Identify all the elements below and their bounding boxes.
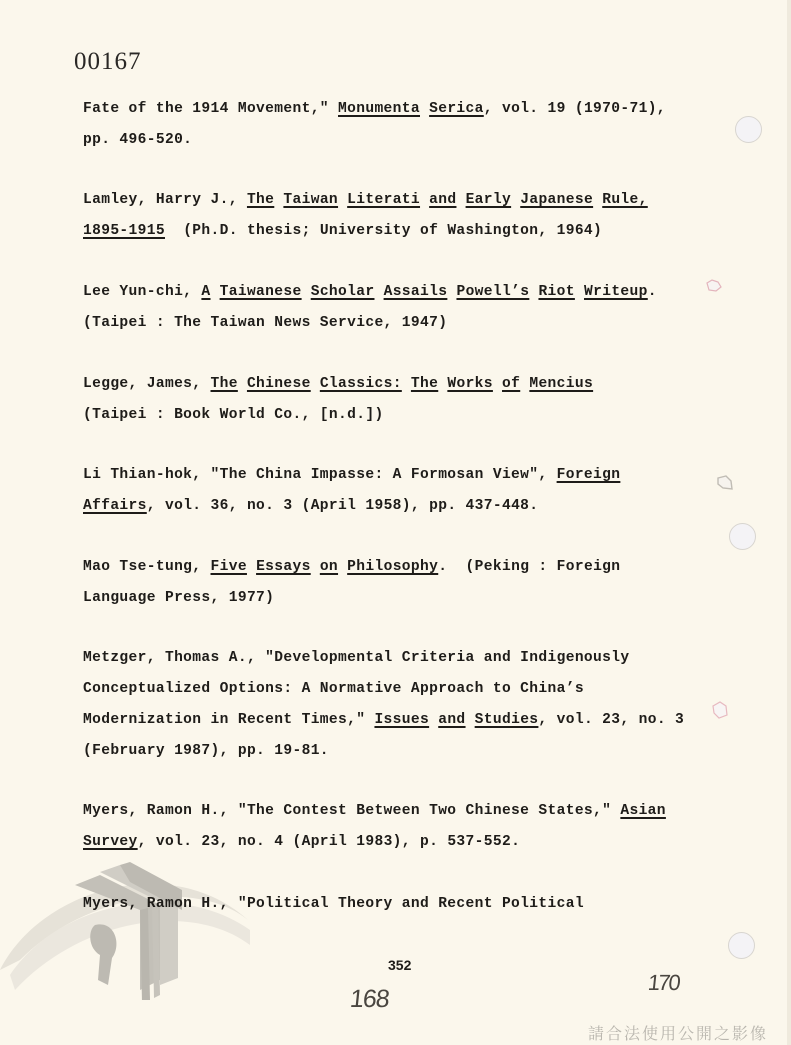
citation-text [420, 192, 429, 208]
citation-text: (Ph.D. thesis; University of Washington,… [165, 223, 602, 239]
underlined-title-word: Studies [475, 712, 539, 728]
punch-hole [728, 932, 755, 959]
citation-text [211, 284, 220, 300]
underlined-title-word: Writeup [584, 284, 648, 300]
citation-text: Conceptualized Options: A Normative Appr… [83, 681, 584, 697]
bibliography-line: Legge, James, The Chinese Classics: The … [83, 376, 593, 392]
watermark-text: 請合法使用公開之影像 [588, 1021, 768, 1044]
citation-text [466, 712, 475, 728]
handwritten-page-number-right: 170 [647, 970, 680, 996]
bibliography-line: (Taipei : Book World Co., [n.d.]) [83, 407, 384, 423]
bibliography-line: Affairs, vol. 36, no. 3 (April 1958), pp… [83, 498, 538, 514]
bibliography-line: Myers, Ramon H., "Political Theory and R… [83, 896, 584, 912]
underlined-title-word: and [438, 712, 465, 728]
underlined-title-word: Scholar [311, 284, 375, 300]
citation-text [374, 284, 383, 300]
page-number: 352 [388, 957, 411, 973]
citation-text: Mao Tse-tung, [83, 559, 211, 575]
document-id: 00167 [74, 48, 142, 76]
underlined-title-word: Riot [538, 284, 574, 300]
library-logo-icon [0, 850, 260, 1000]
citation-text: Myers, Ramon H., "The Contest Between Tw… [83, 803, 620, 819]
citation-text [311, 559, 320, 575]
citation-text: (Taipei : The Taiwan News Service, 1947) [83, 315, 447, 331]
underlined-title-word: Affairs [83, 498, 147, 514]
underlined-title-word: Literati [347, 192, 420, 208]
underlined-title-word: Monumenta [338, 101, 420, 117]
bibliography-line: pp. 496-520. [83, 132, 192, 148]
paper-tear-icon [714, 474, 736, 494]
underlined-title-word: Philosophy [347, 559, 438, 575]
citation-text [575, 284, 584, 300]
bibliography-line: Lamley, Harry J., The Taiwan Literati an… [83, 192, 648, 208]
underlined-title-word: and [429, 192, 456, 208]
bibliography-line: Metzger, Thomas A., "Developmental Crite… [83, 650, 629, 666]
citation-text: Modernization in Recent Times," [83, 712, 374, 728]
citation-text [338, 192, 347, 208]
citation-text [247, 559, 256, 575]
underlined-title-word: 1895-1915 [83, 223, 165, 239]
citation-text: (February 1987), pp. 19-81. [83, 743, 329, 759]
bibliography-line: Conceptualized Options: A Normative Appr… [83, 681, 584, 697]
document-page: 00167 Fate of the 1914 Movement," Monume… [0, 0, 791, 1045]
punch-hole [735, 116, 762, 143]
citation-text: (Taipei : Book World Co., [n.d.]) [83, 407, 384, 423]
citation-text: Myers, Ramon H., "Political Theory and R… [83, 896, 584, 912]
citation-text [520, 376, 529, 392]
underlined-title-word: Chinese [247, 376, 311, 392]
citation-text: pp. 496-520. [83, 132, 192, 148]
bibliography-line: (February 1987), pp. 19-81. [83, 743, 329, 759]
underlined-title-word: Rule, [602, 192, 648, 208]
underlined-title-word: Japanese [520, 192, 593, 208]
underlined-title-word: The [411, 376, 438, 392]
underlined-title-word: The [211, 376, 238, 392]
underlined-title-word: Taiwanese [220, 284, 302, 300]
citation-text [493, 376, 502, 392]
citation-text: Li Thian-hok, "The China Impasse: A Form… [83, 467, 557, 483]
citation-text: Fate of the 1914 Movement," [83, 101, 338, 117]
citation-text [402, 376, 411, 392]
underlined-title-word: A [201, 284, 210, 300]
paper-tear-icon [709, 700, 731, 722]
underlined-title-word: Foreign [557, 467, 621, 483]
bibliography-line: Myers, Ramon H., "The Contest Between Tw… [83, 803, 666, 819]
underlined-title-word: Classics: [320, 376, 402, 392]
bibliography-line: Lee Yun-chi, A Taiwanese Scholar Assails… [83, 284, 657, 300]
underlined-title-word: Five [211, 559, 247, 575]
bibliography-line: Modernization in Recent Times," Issues a… [83, 712, 684, 728]
citation-text [311, 376, 320, 392]
paper-tear-icon [704, 278, 724, 294]
citation-text [302, 284, 311, 300]
underlined-title-word: of [502, 376, 520, 392]
underlined-title-word: Serica [429, 101, 484, 117]
bibliography-line: Language Press, 1977) [83, 590, 274, 606]
underlined-title-word: Taiwan [283, 192, 338, 208]
citation-text: , vol. 19 (1970-71), [484, 101, 666, 117]
citation-text [438, 376, 447, 392]
underlined-title-word: The [247, 192, 274, 208]
punch-hole [729, 523, 756, 550]
underlined-title-word: Early [466, 192, 512, 208]
citation-text: , vol. 23, no. 4 (April 1983), p. 537-55… [138, 834, 521, 850]
bibliography-line: 1895-1915 (Ph.D. thesis; University of W… [83, 223, 602, 239]
citation-text: Metzger, Thomas A., "Developmental Crite… [83, 650, 629, 666]
citation-text: Legge, James, [83, 376, 211, 392]
citation-text: Lamley, Harry J., [83, 192, 247, 208]
bibliography-line: Fate of the 1914 Movement," Monumenta Se… [83, 101, 666, 117]
citation-text [593, 192, 602, 208]
underlined-title-word: Works [447, 376, 493, 392]
underlined-title-word: on [320, 559, 338, 575]
citation-text: . [648, 284, 657, 300]
citation-text [420, 101, 429, 117]
citation-text: , vol. 23, no. 3 [538, 712, 684, 728]
citation-text: , vol. 36, no. 3 (April 1958), pp. 437-4… [147, 498, 539, 514]
underlined-title-word: Issues [374, 712, 429, 728]
citation-text [511, 192, 520, 208]
underlined-title-word: Powell’s [456, 284, 529, 300]
bibliography-line: Li Thian-hok, "The China Impasse: A Form… [83, 467, 620, 483]
citation-text: . (Peking : Foreign [438, 559, 620, 575]
bibliography-line: Survey, vol. 23, no. 4 (April 1983), p. … [83, 834, 520, 850]
underlined-title-word: Survey [83, 834, 138, 850]
citation-text [338, 559, 347, 575]
citation-text [456, 192, 465, 208]
citation-text [429, 712, 438, 728]
underlined-title-word: Asian [620, 803, 666, 819]
bibliography-line: Mao Tse-tung, Five Essays on Philosophy.… [83, 559, 620, 575]
citation-text: Lee Yun-chi, [83, 284, 201, 300]
underlined-title-word: Assails [384, 284, 448, 300]
citation-text [238, 376, 247, 392]
underlined-title-word: Mencius [529, 376, 593, 392]
bibliography-line: (Taipei : The Taiwan News Service, 1947) [83, 315, 447, 331]
page-edge [787, 0, 791, 1045]
handwritten-page-number-left: 168 [348, 985, 390, 1014]
citation-text: Language Press, 1977) [83, 590, 274, 606]
underlined-title-word: Essays [256, 559, 311, 575]
